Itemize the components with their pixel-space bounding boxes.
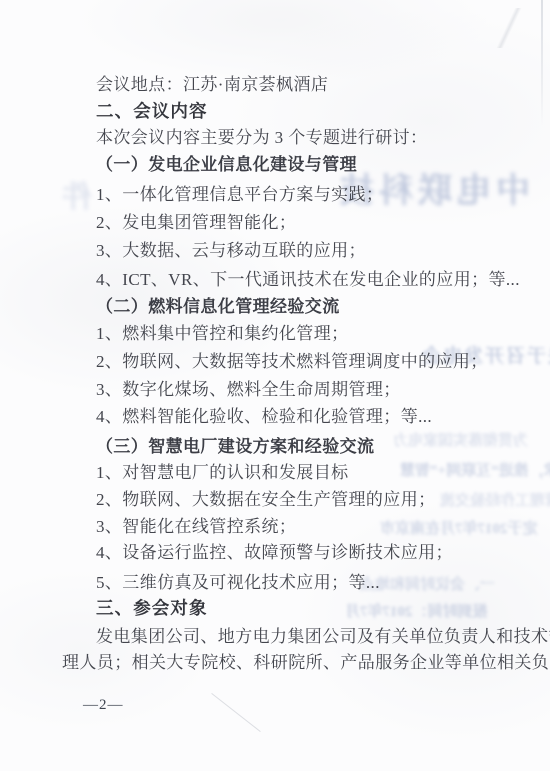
topic-2-heading: （二）燃料信息化管理经验交流 <box>96 297 340 317</box>
topic-1-item: 3、大数据、云与移动互联的应用； <box>96 241 366 261</box>
topic-2-item: 4、燃料智能化验收、检验和化验管理；等... <box>96 407 432 427</box>
meeting-location-line: 会议地点：江苏·南京荟枫酒店 <box>96 75 328 95</box>
topic-3-item: 3、智能化在线管控系统； <box>96 517 296 537</box>
topic-2-item: 1、燃料集中管控和集约化管理； <box>96 324 349 344</box>
topic-1-item: 2、发电集团管理智能化； <box>96 213 296 233</box>
bleedthrough-line: 报到时间：2017年7月 <box>345 600 488 621</box>
bleedthrough-line: 为贯彻落实国家电力 <box>393 429 528 450</box>
topic-3-item: 5、三维仿真及可视化技术应用；等... <box>96 573 380 593</box>
corner-fold-mark <box>474 8 544 48</box>
attendees-paragraph-line: 发电集团公司、地方电力集团公司及有关单位负责人和技术管 <box>96 627 550 647</box>
topic-1-heading: （一）发电企业信息化建设与管理 <box>96 155 357 175</box>
page-number: —2— <box>83 697 124 714</box>
bleedthrough-line: 要求，推进“互联网+”智慧 <box>400 459 550 480</box>
scanned-document-page: 中电联科技 件 关于召开发电企 为贯彻落实国家电力 要求，推进“互联网+”智慧 … <box>0 0 550 771</box>
attendees-paragraph-line: 理人员；相关大专院校、科研院所、产品服务企业等单位相关负责 <box>62 653 550 673</box>
crease-mark <box>211 693 260 732</box>
topic-2-item: 2、物联网、大数据等技术燃料管理调度中的应用； <box>96 352 488 372</box>
topic-2-item: 3、数字化煤场、燃料全生命周期管理； <box>96 380 401 400</box>
section-heading-content: 二、会议内容 <box>96 101 208 121</box>
topic-3-item: 1、对智慧电厂的认识和发展目标 <box>96 463 349 483</box>
topic-1-item: 1、一体化管理信息平台方案与实践； <box>96 185 383 205</box>
topic-3-item: 4、设备运行监控、故障预警与诊断技术应用； <box>96 543 453 563</box>
intro-line: 本次会议内容主要分为 3 个专题进行研讨： <box>96 128 427 148</box>
bleedthrough-line: 定于2017年7月在南京市 <box>380 517 538 538</box>
page-edge-line <box>541 0 543 125</box>
bleedthrough-line: 管理工作经验交流 <box>440 489 550 510</box>
topic-3-item: 2、物联网、大数据在安全生产管理的应用； <box>96 490 436 510</box>
section-heading-attendees: 三、参会对象 <box>96 598 208 618</box>
topic-3-heading: （三）智慧电厂建设方案和经验交流 <box>96 437 374 457</box>
topic-1-item: 4、ICT、VR、下一代通讯技术在发电企业的应用；等... <box>96 270 520 290</box>
bleedthrough-fragment: 件 <box>62 172 92 216</box>
bleedthrough-line: 一、会议时间和地点 <box>360 573 495 594</box>
